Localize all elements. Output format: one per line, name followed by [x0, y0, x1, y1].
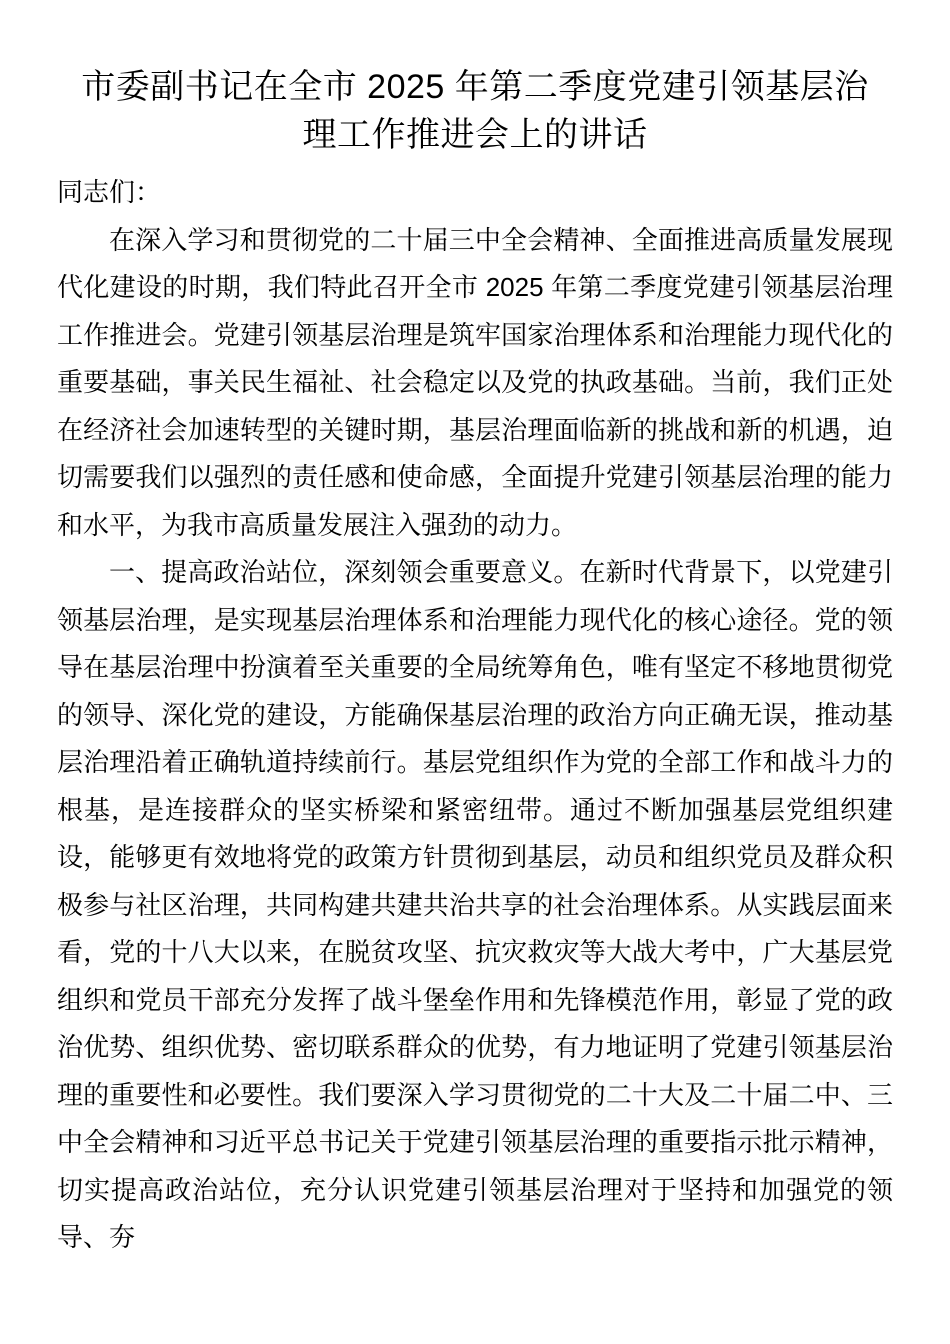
document-title-line-1: 市委副书记在全市 2025 年第二季度党建引领基层治	[57, 63, 893, 111]
paragraph-opening: 在深入学习和贯彻党的二十届三中全会精神、全面推进高质量发展现代化建设的时期，我们…	[57, 217, 893, 550]
salutation: 同志们：	[57, 169, 893, 217]
document-title-line-2: 理工作推进会上的讲话	[57, 111, 893, 159]
document-page: 市委副书记在全市 2025 年第二季度党建引领基层治 理工作推进会上的讲话 同志…	[0, 0, 950, 1344]
paragraph-section-one: 一、提高政治站位，深刻领会重要意义。在新时代背景下，以党建引领基层治理，是实现基…	[57, 549, 893, 1262]
document-title: 市委副书记在全市 2025 年第二季度党建引领基层治 理工作推进会上的讲话	[57, 63, 893, 159]
